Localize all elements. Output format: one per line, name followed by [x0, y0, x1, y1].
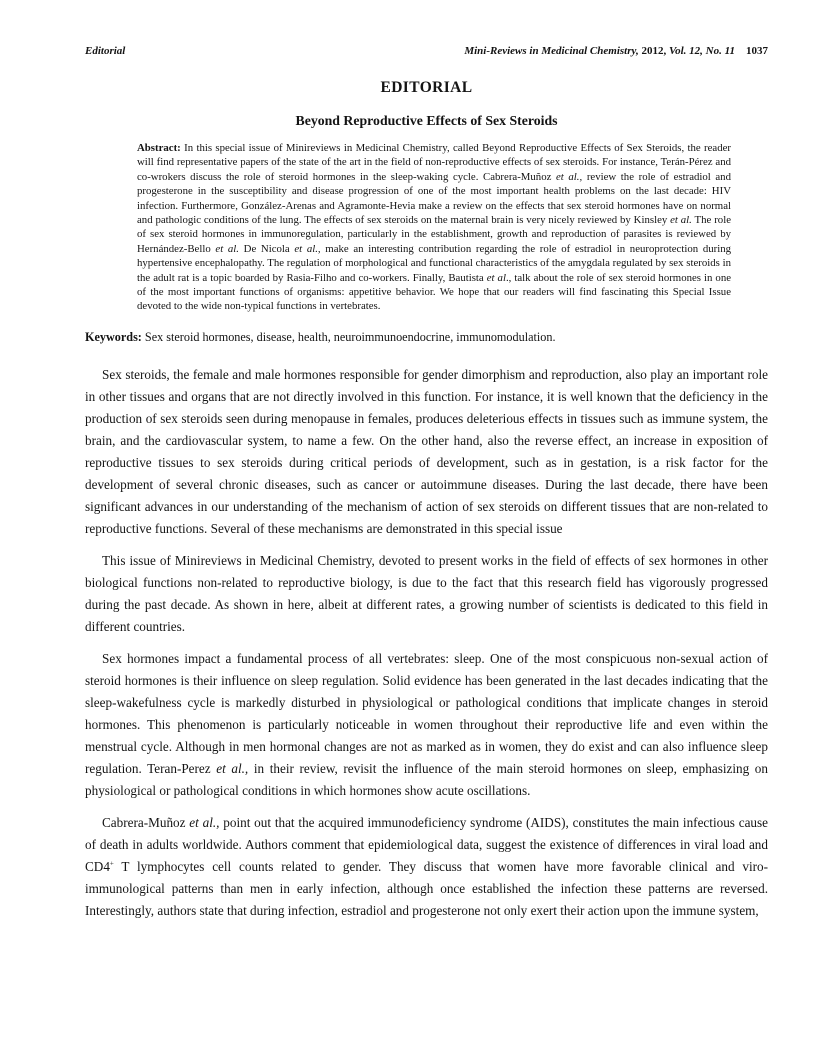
running-head-left: Editorial	[85, 45, 125, 58]
body-paragraph-3: Sex hormones impact a fundamental proces…	[85, 648, 768, 802]
page-title: EDITORIAL	[85, 79, 768, 97]
journal-page: Editorial Mini-Reviews in Medicinal Chem…	[0, 0, 816, 1056]
body-paragraph-1: Sex steroids, the female and male hormon…	[85, 364, 768, 540]
running-head-right: Mini-Reviews in Medicinal Chemistry, 201…	[464, 45, 768, 58]
running-head: Editorial Mini-Reviews in Medicinal Chem…	[85, 45, 768, 58]
keywords: Keywords: Sex steroid hormones, disease,…	[85, 330, 768, 345]
body-paragraph-2: This issue of Minireviews in Medicinal C…	[85, 550, 768, 638]
body-paragraph-4: Cabrera-Muñoz et al., point out that the…	[85, 812, 768, 922]
abstract: Abstract: In this special issue of Minir…	[137, 141, 731, 314]
article-body: Sex steroids, the female and male hormon…	[85, 364, 768, 922]
article-title: Beyond Reproductive Effects of Sex Stero…	[85, 113, 768, 129]
